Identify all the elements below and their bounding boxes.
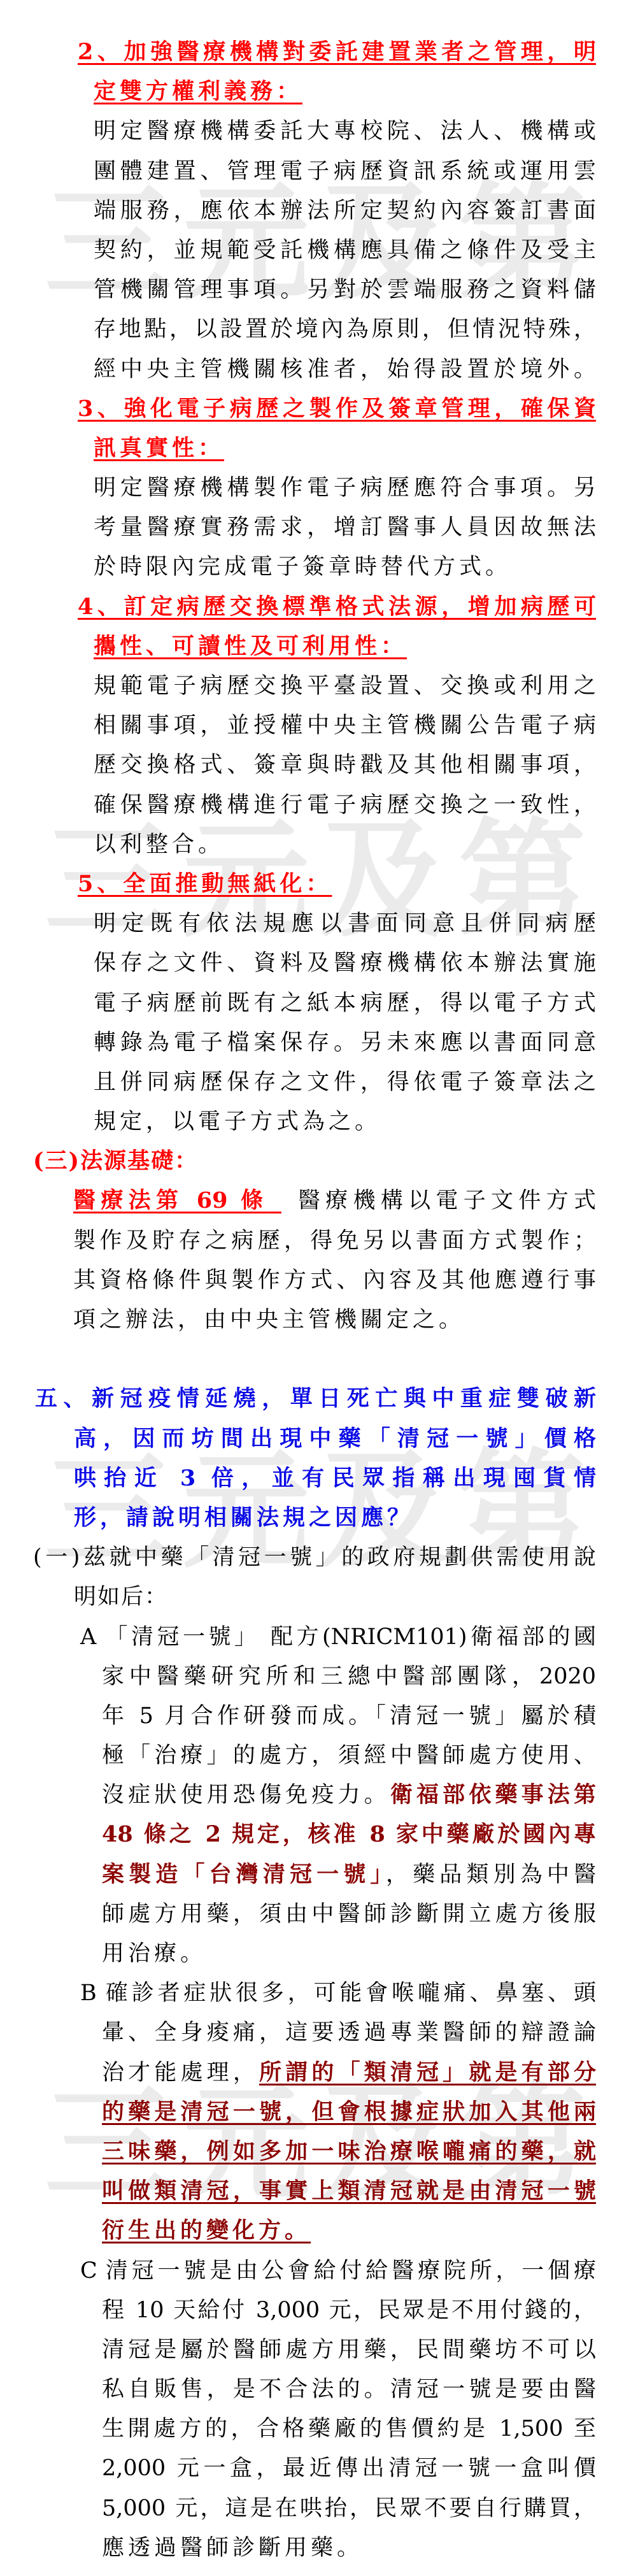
body-line: 其資格條件與製作方式、內容及其他應遵行事 <box>0 1261 624 1300</box>
measure-heading: 定雙方權利義務： <box>94 78 302 104</box>
emphasis-text: 的藥是清冠一號，但會根據症狀加入其他兩 <box>102 2099 596 2125</box>
answer-heading-line: (一)茲就中藥「清冠一號」的政府規劃供需使用說 <box>0 1538 624 1577</box>
legal-basis-heading: (三)法源基礎： <box>33 1148 198 1174</box>
body-line: 存地點，以設置於境內為原則，但情況特殊， <box>0 310 624 349</box>
answer-heading-line: 明如后： <box>0 1577 624 1617</box>
body-line: 年 5 月合作研發而成。「清冠一號」屬於積 <box>0 1696 624 1736</box>
legal-basis-section: (三)法源基礎： 醫療法第 69 條醫療機構以電子文件方式 製作及貯存之病歷，得… <box>0 1141 624 1340</box>
heading-line: 訊真實性： <box>0 429 624 468</box>
body-line: 5,000 元，這是在哄抬，民眾不要自行購買， <box>0 2489 624 2528</box>
body-line: 團體建置、管理電子病歷資訊系統或運用雲 <box>0 152 624 191</box>
body-line: 治才能處理，所謂的「類清冠」就是有部分 <box>0 2053 624 2093</box>
body-line: A「清冠一號」 配方(NRICM101)衛福部的國 <box>0 1617 624 1657</box>
body-line: 應透過醫師診斷用藥。 <box>0 2528 624 2568</box>
body-line: 案製造「台灣清冠一號」，藥品類別為中醫 <box>0 1855 624 1894</box>
question-heading-line: 高，因而坊間出現中藥「清冠一號」價格 <box>0 1419 624 1459</box>
body-line: 規範電子病歷交換平臺設置、交換或利用之 <box>0 666 624 706</box>
line-text: 沒症狀使用恐傷免疫力。 <box>102 1782 390 1808</box>
law-text: 醫療機構以電子文件方式 <box>298 1188 596 1213</box>
body-line: 叫做類清冠，事實上類清冠就是由清冠一號 <box>0 2172 624 2211</box>
blank-line <box>0 1340 624 1379</box>
heading-line: 定雙方權利義務： <box>0 72 624 111</box>
body-line: 規定，以電子方式為之。 <box>0 1102 624 1141</box>
line-text: 治才能處理， <box>102 2060 259 2086</box>
measure-heading: 3、強化電子病歷之製作及簽章管理，確保資 <box>78 396 596 422</box>
law-reference: 醫療法第 69 條 <box>73 1187 281 1213</box>
measure-heading: 5、全面推動無紙化： <box>78 871 332 897</box>
body-line: 的藥是清冠一號，但會根據症狀加入其他兩 <box>0 2093 624 2132</box>
heading-line: 3、強化電子病歷之製作及簽章管理，確保資 <box>0 389 624 429</box>
emphasis-text: 三味藥，例如多加一味治療喉嚨痛的藥，就 <box>102 2138 596 2165</box>
line-text: 清冠一號是由公會給付給醫療院所，一個療 <box>102 2258 596 2284</box>
body-line: 管機關管理事項。另對於雲端服務之資料儲 <box>0 270 624 310</box>
emphasis-text: 衍生出的變化方。 <box>102 2217 311 2243</box>
measure-heading: 攜性、可讀性及可利用性： <box>94 633 407 659</box>
point-label: A <box>80 1617 102 1657</box>
measure-item-2: 2、加強醫療機構對委託建置業者之管理，明 定雙方權利義務： 明定醫療機構委託大專… <box>0 32 624 389</box>
measure-item-3: 3、強化電子病歷之製作及簽章管理，確保資 訊真實性： 明定醫療機構製作電子病歷應… <box>0 389 624 587</box>
body-line: 相關事項，並授權中央主管機關公告電子病 <box>0 706 624 745</box>
body-line: 契約，並規範受託機構應具備之條件及受主 <box>0 231 624 270</box>
body-line: 以利整合。 <box>0 825 624 864</box>
body-line: 考量醫療實務需求，增訂醫事人員因故無法 <box>0 508 624 547</box>
measure-heading: 2、加強醫療機構對委託建置業者之管理，明 <box>78 39 596 65</box>
body-line: 保存之文件、資料及醫療機構依本辦法實施 <box>0 943 624 983</box>
body-line: 電子病歷前既有之紙本病歷，得以電子方式 <box>0 984 624 1023</box>
question-heading-line: 哄抬近 3 倍，並有民眾指稱出現囤貨情 <box>0 1459 624 1498</box>
measure-item-5: 5、全面推動無紙化： 明定既有依法規應以書面同意且併同病歷 保存之文件、資料及醫… <box>0 864 624 1141</box>
line-text: ，藥品類別為中醫 <box>386 1862 596 1887</box>
heading-line: 5、全面推動無紙化： <box>0 864 624 904</box>
body-line: 端服務，應依本辦法所定契約內容簽訂書面 <box>0 191 624 231</box>
body-line: 用治療。 <box>0 1934 624 1973</box>
body-line: 2,000 元一盒，最近傳出清冠一號一盒叫價 <box>0 2449 624 2488</box>
body-line: 三味藥，例如多加一味治療喉嚨痛的藥，就 <box>0 2132 624 2172</box>
question-heading-line: 形，請說明相關法規之因應？ <box>0 1498 624 1538</box>
answer-point-c: C清冠一號是由公會給付給醫療院所，一個療 程 10 天給付 3,000 元，民眾… <box>0 2251 624 2568</box>
body-line: 歷交換格式、簽章與時戳及其他相關事項， <box>0 745 624 785</box>
emphasis-text: 叫做類清冠，事實上類清冠就是由清冠一號 <box>102 2178 596 2204</box>
body-line: C清冠一號是由公會給付給醫療院所，一個療 <box>0 2251 624 2291</box>
body-line: 程 10 天給付 3,000 元，民眾是不用付錢的， <box>0 2291 624 2330</box>
question-heading-line: 五、新冠疫情延燒，單日死亡與中重症雙破新 <box>0 1379 624 1419</box>
body-line: 清冠是屬於醫師處方用藥，民間藥坊不可以 <box>0 2330 624 2370</box>
emphasis-text: 所謂的「類清冠」就是有部分 <box>259 2059 596 2086</box>
body-line: 明定既有依法規應以書面同意且併同病歷 <box>0 904 624 943</box>
point-label: B <box>80 1973 102 2013</box>
body-line: 醫療法第 69 條醫療機構以電子文件方式 <box>0 1181 624 1220</box>
answer-point-a: A「清冠一號」 配方(NRICM101)衛福部的國 家中醫藥研究所和三總中醫部團… <box>0 1617 624 1974</box>
measure-heading: 訊真實性： <box>94 435 224 461</box>
body-line: 沒症狀使用恐傷免疫力。衛福部依藥事法第 <box>0 1775 624 1815</box>
body-line: 衍生出的變化方。 <box>0 2211 624 2250</box>
body-line: 且併同病歷保存之文件，得依電子簽章法之 <box>0 1063 624 1102</box>
question-heading: 高，因而坊間出現中藥「清冠一號」價格 <box>74 1426 596 1452</box>
question-5-section: 五、新冠疫情延燒，單日死亡與中重症雙破新 高，因而坊間出現中藥「清冠一號」價格 … <box>0 1379 624 2568</box>
body-line: 暈、全身痠痛，這要透過專業醫師的辯證論 <box>0 2013 624 2052</box>
line-text: 確診者症狀很多，可能會喉嚨痛、鼻塞、頭 <box>102 1980 596 2006</box>
answer-point-b: B確診者症狀很多，可能會喉嚨痛、鼻塞、頭 暈、全身痠痛，這要透過專業醫師的辯證論… <box>0 1973 624 2250</box>
heading-line: 攜性、可讀性及可利用性： <box>0 627 624 666</box>
body-line: B確診者症狀很多，可能會喉嚨痛、鼻塞、頭 <box>0 1973 624 2013</box>
body-line: 確保醫療機構進行電子病歷交換之一致性， <box>0 785 624 825</box>
question-heading: 形，請說明相關法規之因應？ <box>74 1505 413 1531</box>
point-label: C <box>80 2251 102 2291</box>
heading-line: (三)法源基礎： <box>0 1141 624 1181</box>
body-line: 極「治療」的處方，須經中醫師處方使用、 <box>0 1736 624 1775</box>
body-line: 製作及貯存之病歷，得免另以書面方式製作； <box>0 1221 624 1261</box>
measure-heading: 4、訂定病歷交換標準格式法源，增加病歷可 <box>78 594 596 620</box>
emphasis-text: 案製造「台灣清冠一號」 <box>102 1861 386 1887</box>
body-line: 私自販售，是不合法的。清冠一號是要由醫 <box>0 2370 624 2409</box>
body-line: 轉錄為電子檔案保存。另未來應以書面同意 <box>0 1023 624 1063</box>
document-body: 2、加強醫療機構對委託建置業者之管理，明 定雙方權利義務： 明定醫療機構委託大專… <box>0 0 624 2568</box>
document-page: 三元及第 三元及第 三元及第 三元及第 2、加強醫療機構對委託建置業者之管理，明… <box>0 0 624 2576</box>
emphasis-text: 衛福部依藥事法第 <box>390 1782 596 1808</box>
measure-item-4: 4、訂定病歷交換標準格式法源，增加病歷可 攜性、可讀性及可利用性： 規範電子病歷… <box>0 587 624 864</box>
body-line: 明定醫療機構委託大專校院、法人、機構或 <box>0 111 624 151</box>
body-line: 師處方用藥，須由中醫師診斷開立處方後服 <box>0 1894 624 1934</box>
question-heading: 哄抬近 3 倍，並有民眾指稱出現囤貨情 <box>74 1465 596 1491</box>
body-line: 經中央主管機關核准者，始得設置於境外。 <box>0 350 624 389</box>
body-line: 於時限內完成電子簽章時替代方式。 <box>0 547 624 587</box>
heading-line: 2、加強醫療機構對委託建置業者之管理，明 <box>0 32 624 72</box>
body-line: 明定醫療機構製作電子病歷應符合事項。另 <box>0 468 624 508</box>
body-line: 48 條之 2 規定，核准 8 家中藥廠於國內專 <box>0 1815 624 1854</box>
body-line: 項之辦法，由中央主管機關定之。 <box>0 1300 624 1340</box>
heading-line: 4、訂定病歷交換標準格式法源，增加病歷可 <box>0 587 624 627</box>
emphasis-text: 48 條之 2 規定，核准 8 家中藥廠於國內專 <box>102 1821 596 1847</box>
body-line: 生開處方的，合格藥廠的售價約是 1,500 至 <box>0 2409 624 2449</box>
body-line: 家中醫藥研究所和三總中醫部團隊，2020 <box>0 1657 624 1696</box>
line-text: 「清冠一號」 配方(NRICM101)衛福部的國 <box>102 1624 596 1650</box>
question-heading: 五、新冠疫情延燒，單日死亡與中重症雙破新 <box>35 1385 596 1412</box>
